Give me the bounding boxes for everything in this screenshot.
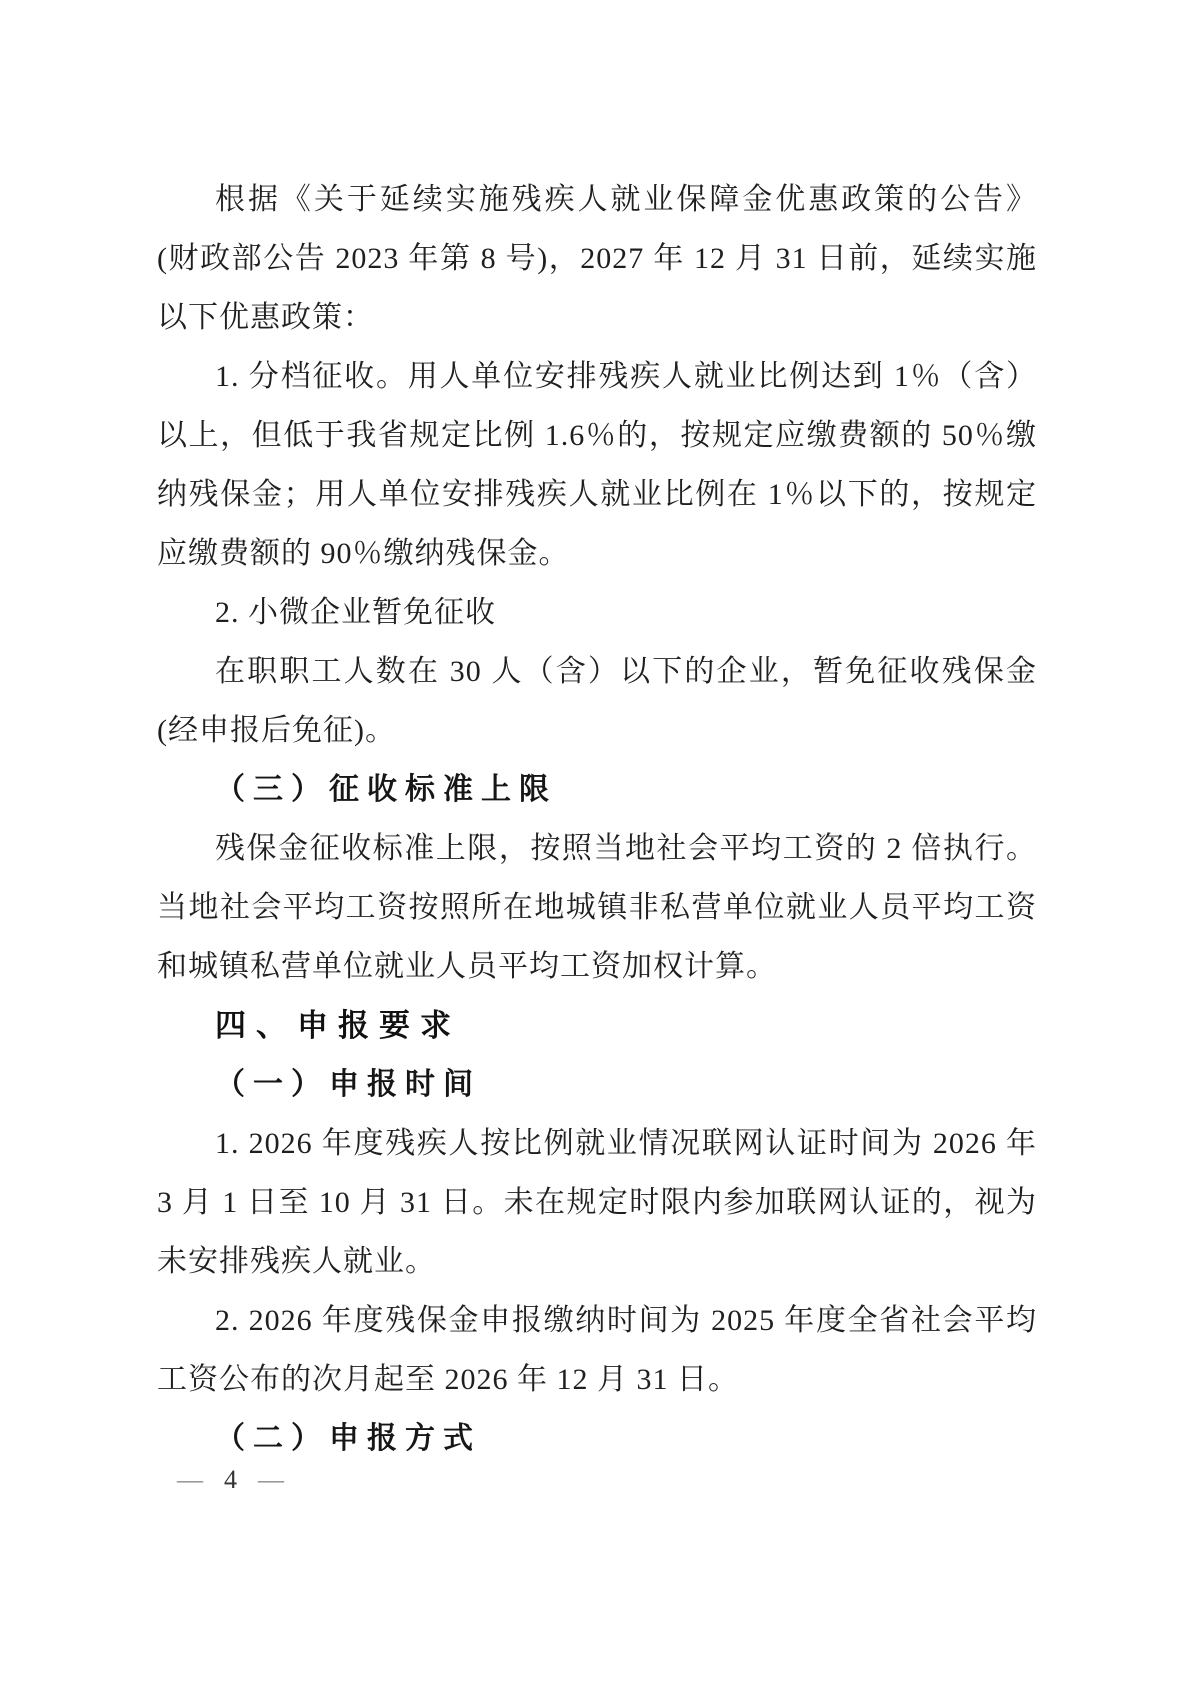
paragraph-line: (经申报后免征)。 bbox=[157, 701, 1037, 760]
page-footer: — 4 — bbox=[177, 1463, 284, 1497]
paragraph-line: 2. 2026 年度残保金申报缴纳时间为 2025 年度全省社会平均 bbox=[157, 1291, 1037, 1350]
paragraph-line: 未安排残疾人就业。 bbox=[157, 1232, 1037, 1291]
paragraph-line: 1. 分档征收。用人单位安排残疾人就业比例达到 1％（含） bbox=[157, 347, 1037, 406]
paragraph-line: 1. 2026 年度残疾人按比例就业情况联网认证时间为 2026 年 bbox=[157, 1114, 1037, 1173]
paragraph-line: 应缴费额的 90％缴纳残保金。 bbox=[157, 524, 1037, 583]
paragraph-line: 在职职工人数在 30 人（含）以下的企业，暂免征收残保金 bbox=[157, 642, 1037, 701]
heading-line: （三）征收标准上限 bbox=[157, 760, 1037, 819]
paragraph-line: 根据《关于延续实施残疾人就业保障金优惠政策的公告》 bbox=[157, 170, 1037, 229]
paragraph-line: 纳残保金；用人单位安排残疾人就业比例在 1％以下的，按规定 bbox=[157, 465, 1037, 524]
paragraph-line: (财政部公告 2023 年第 8 号)，2027 年 12 月 31 日前，延续… bbox=[157, 229, 1037, 288]
document-page: 根据《关于延续实施残疾人就业保障金优惠政策的公告》(财政部公告 2023 年第 … bbox=[0, 0, 1190, 1682]
heading-line: （二）申报方式 bbox=[157, 1409, 1037, 1468]
heading-line: （一）申报时间 bbox=[157, 1055, 1037, 1114]
paragraph-line: 以下优惠政策： bbox=[157, 288, 1037, 347]
paragraph-line: 以上，但低于我省规定比例 1.6％的，按规定应缴费额的 50％缴 bbox=[157, 406, 1037, 465]
page-number: 4 bbox=[224, 1467, 237, 1493]
footer-dash-right: — bbox=[258, 1467, 284, 1493]
footer-dash-left: — bbox=[177, 1467, 203, 1493]
paragraph-line: 残保金征收标准上限，按照当地社会平均工资的 2 倍执行。 bbox=[157, 819, 1037, 878]
paragraph-line: 和城镇私营单位就业人员平均工资加权计算。 bbox=[157, 937, 1037, 996]
paragraph-line: 工资公布的次月起至 2026 年 12 月 31 日。 bbox=[157, 1350, 1037, 1409]
paragraph-line: 3 月 1 日至 10 月 31 日。未在规定时限内参加联网认证的，视为 bbox=[157, 1173, 1037, 1232]
paragraph-line: 2. 小微企业暂免征收 bbox=[157, 583, 1037, 642]
heading-line: 四、申报要求 bbox=[157, 996, 1037, 1055]
document-body: 根据《关于延续实施残疾人就业保障金优惠政策的公告》(财政部公告 2023 年第 … bbox=[157, 170, 1037, 1468]
paragraph-line: 当地社会平均工资按照所在地城镇非私营单位就业人员平均工资 bbox=[157, 878, 1037, 937]
